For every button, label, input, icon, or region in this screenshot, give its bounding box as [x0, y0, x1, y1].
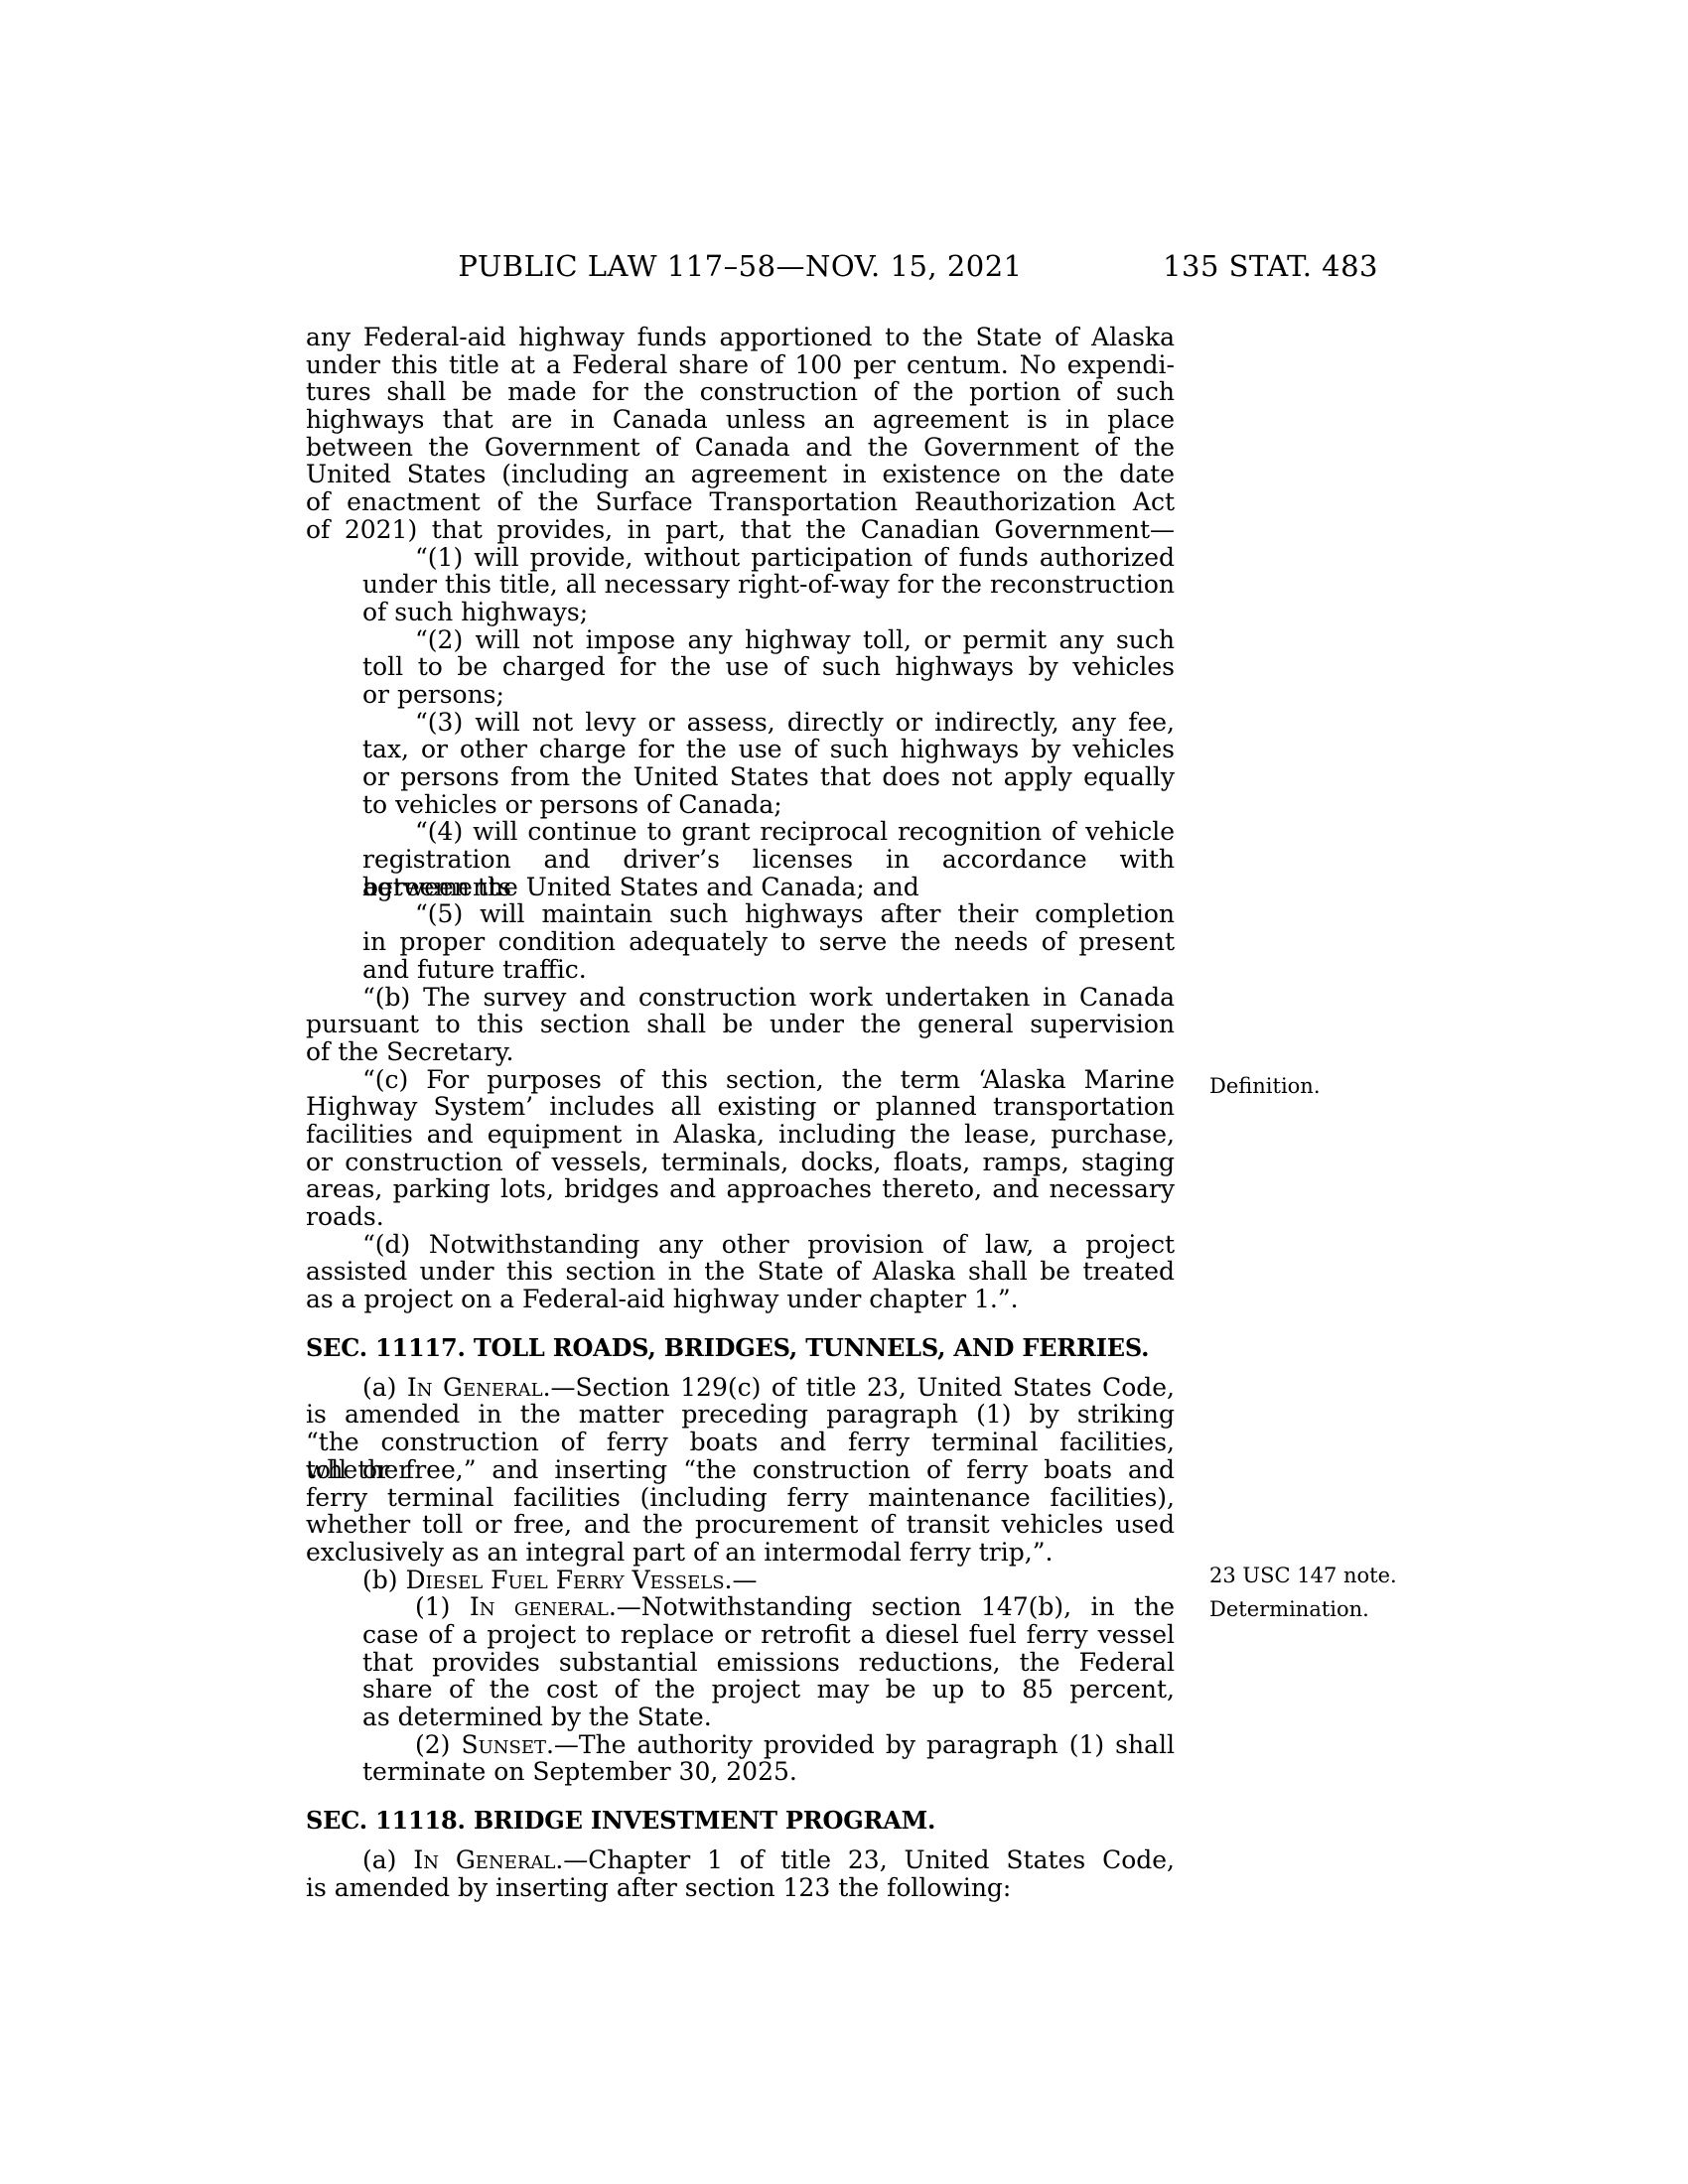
- text-line: as determined by the State.: [306, 1704, 1175, 1731]
- text-run: between the Government of Canada and the…: [306, 433, 1175, 462]
- text-run: highways that are in Canada unless an ag…: [306, 405, 1175, 434]
- text-line: (b) Diesel Fuel Ferry Vessels.—: [306, 1567, 1175, 1594]
- text-line: areas, parking lots, bridges and approac…: [306, 1175, 1175, 1203]
- text-run: “(d) Notwithstanding any other provision…: [362, 1230, 1175, 1259]
- text-line: terminate on September 30, 2025.: [306, 1758, 1175, 1786]
- text-line: between the United States and Canada; an…: [306, 874, 1175, 901]
- text-line: or persons from the United States that d…: [306, 763, 1175, 791]
- text-run: and future traffic.: [362, 955, 587, 984]
- text-run: under this title at a Federal share of 1…: [306, 350, 1175, 379]
- text-run: share of the cost of the project may be …: [362, 1675, 1175, 1704]
- text-line: under this title, all necessary right-of…: [306, 571, 1175, 599]
- small-caps-run: Sunset: [461, 1730, 546, 1759]
- text-line: exclusively as an integral part of an in…: [306, 1539, 1175, 1567]
- text-line: “(1) will provide, without participation…: [306, 544, 1175, 572]
- text-run: .—: [725, 1566, 758, 1594]
- text-run: assisted under this section in the State…: [306, 1257, 1175, 1286]
- text-run: toll to be charged for the use of such h…: [362, 652, 1175, 681]
- text-line: between the Government of Canada and the…: [306, 434, 1175, 462]
- section-heading: SEC. 11118. BRIDGE INVESTMENT PROGRAM.: [306, 1807, 1175, 1835]
- text-run: terminate on September 30, 2025.: [362, 1757, 797, 1786]
- text-line: any Federal-aid highway funds apportione…: [306, 324, 1175, 351]
- stat-page-number: 135 STAT. 483: [1080, 249, 1378, 283]
- text-line: case of a project to replace or retrofit…: [306, 1621, 1175, 1649]
- text-run: .—Chapter 1 of title 23, United States C…: [555, 1845, 1175, 1874]
- text-line: is amended in the matter preceding parag…: [306, 1401, 1175, 1429]
- text-line: “the construction of ferry boats and fer…: [306, 1429, 1175, 1456]
- text-line: is amended by inserting after section 12…: [306, 1874, 1175, 1902]
- small-caps-run: In General: [413, 1845, 555, 1874]
- text-run: (2): [415, 1730, 461, 1759]
- text-line: facilities and equipment in Alaska, incl…: [306, 1121, 1175, 1149]
- text-line: of 2021) that provides, in part, that th…: [306, 516, 1175, 544]
- text-run: (a): [362, 1373, 407, 1402]
- text-line: or construction of vessels, terminals, d…: [306, 1149, 1175, 1176]
- text-line: toll to be charged for the use of such h…: [306, 653, 1175, 681]
- text-run: case of a project to replace or retrofit…: [362, 1620, 1175, 1649]
- text-run: areas, parking lots, bridges and approac…: [306, 1174, 1175, 1203]
- text-run: “(2) will not impose any highway toll, o…: [415, 625, 1175, 654]
- text-line: (a) In General.—Section 129(c) of title …: [306, 1374, 1175, 1402]
- text-run: of 2021) that provides, in part, that th…: [306, 515, 1175, 544]
- text-run: United States (including an agreement in…: [306, 460, 1175, 488]
- text-line: that provides substantial emissions redu…: [306, 1649, 1175, 1677]
- law-title: PUBLIC LAW 117–58—NOV. 15, 2021: [458, 249, 1022, 283]
- text-run: “(4) will continue to grant reciprocal r…: [415, 817, 1175, 846]
- text-run: .—The authority provided by paragraph (1…: [546, 1730, 1175, 1759]
- margin-note-usc-147: 23 USC 147 note.: [1209, 1563, 1438, 1588]
- text-line: of such highways;: [306, 599, 1175, 626]
- text-line: “(d) Notwithstanding any other provision…: [306, 1231, 1175, 1259]
- text-line: “(b) The survey and construction work un…: [306, 984, 1175, 1012]
- text-run: pursuant to this section shall be under …: [306, 1010, 1175, 1038]
- text-run: “(c) For purposes of this section, the t…: [362, 1065, 1175, 1094]
- text-line: “(4) will continue to grant reciprocal r…: [306, 818, 1175, 846]
- text-run: as a project on a Federal-aid highway un…: [306, 1285, 1019, 1313]
- text-line: whether toll or free, and the procuremen…: [306, 1511, 1175, 1539]
- text-line: pursuant to this section shall be under …: [306, 1011, 1175, 1038]
- text-run: tures shall be made for the construction…: [306, 377, 1175, 406]
- text-line: as a project on a Federal-aid highway un…: [306, 1286, 1175, 1313]
- text-run: “(3) will not levy or assess, directly o…: [415, 708, 1175, 737]
- text-run: is amended in the matter preceding parag…: [306, 1400, 1175, 1429]
- text-line: toll or free,” and inserting “the constr…: [306, 1456, 1175, 1484]
- text-run: roads.: [306, 1202, 384, 1231]
- text-run: exclusively as an integral part of an in…: [306, 1538, 1053, 1567]
- text-line: tures shall be made for the construction…: [306, 378, 1175, 406]
- text-run: of such highways;: [362, 598, 588, 626]
- text-line: United States (including an agreement in…: [306, 461, 1175, 488]
- text-run: as determined by the State.: [362, 1703, 712, 1731]
- text-run: under this title, all necessary right-of…: [362, 570, 1175, 599]
- text-line: (a) In General.—Chapter 1 of title 23, U…: [306, 1846, 1175, 1874]
- text-line: share of the cost of the project may be …: [306, 1676, 1175, 1704]
- document-page: PUBLIC LAW 117–58—NOV. 15, 2021 135 STAT…: [0, 0, 1688, 2184]
- text-line: Highway System’ includes all existing or…: [306, 1093, 1175, 1121]
- text-run: (a): [362, 1845, 413, 1874]
- text-run: in proper condition adequately to serve …: [362, 927, 1175, 956]
- text-run: facilities and equipment in Alaska, incl…: [306, 1120, 1175, 1149]
- text-line: (1) In general.—Notwithstanding section …: [306, 1593, 1175, 1621]
- text-line: registration and driver’s licenses in ac…: [306, 846, 1175, 874]
- small-caps-run: Diesel Fuel Ferry Vessels: [405, 1566, 724, 1594]
- text-line: of the Secretary.: [306, 1038, 1175, 1066]
- text-run: tax, or other charge for the use of such…: [362, 735, 1175, 763]
- text-run: (1): [415, 1592, 470, 1621]
- text-line: “(c) For purposes of this section, the t…: [306, 1066, 1175, 1094]
- text-run: to vehicles or persons of Canada;: [362, 790, 782, 819]
- statute-text: any Federal-aid highway funds apportione…: [306, 324, 1175, 1901]
- text-run: of the Secretary.: [306, 1037, 513, 1066]
- text-line: to vehicles or persons of Canada;: [306, 791, 1175, 819]
- text-run: of enactment of the Surface Transportati…: [306, 487, 1175, 516]
- text-line: assisted under this section in the State…: [306, 1258, 1175, 1286]
- text-line: and future traffic.: [306, 956, 1175, 984]
- text-run: ferry terminal facilities (including fer…: [306, 1483, 1175, 1512]
- margin-note-determination: Determination.: [1209, 1596, 1438, 1622]
- text-run: between the United States and Canada; an…: [362, 873, 919, 901]
- text-run: .—Section 129(c) of title 23, United Sta…: [543, 1373, 1175, 1402]
- text-run: “(b) The survey and construction work un…: [362, 983, 1175, 1012]
- text-run: that provides substantial emissions redu…: [362, 1648, 1175, 1677]
- text-run: .—Notwithstanding section 147(b), in the: [609, 1592, 1175, 1621]
- text-line: “(2) will not impose any highway toll, o…: [306, 626, 1175, 654]
- text-run: whether toll or free, and the procuremen…: [306, 1510, 1175, 1539]
- text-line: in proper condition adequately to serve …: [306, 928, 1175, 956]
- text-line: roads.: [306, 1203, 1175, 1231]
- small-caps-run: In General: [407, 1373, 543, 1402]
- text-run: or persons from the United States that d…: [362, 762, 1175, 791]
- text-run: “(5) will maintain such highways after t…: [415, 899, 1175, 928]
- text-run: (b): [362, 1566, 405, 1594]
- text-line: (2) Sunset.—The authority provided by pa…: [306, 1731, 1175, 1759]
- section-heading: SEC. 11117. TOLL ROADS, BRIDGES, TUNNELS…: [306, 1334, 1175, 1362]
- text-run: “(1) will provide, without participation…: [415, 543, 1175, 572]
- text-line: tax, or other charge for the use of such…: [306, 736, 1175, 763]
- text-run: is amended by inserting after section 12…: [306, 1873, 1011, 1902]
- text-line: ferry terminal facilities (including fer…: [306, 1484, 1175, 1512]
- page-header: PUBLIC LAW 117–58—NOV. 15, 2021: [306, 249, 1175, 283]
- text-line: “(3) will not levy or assess, directly o…: [306, 709, 1175, 737]
- text-run: Highway System’ includes all existing or…: [306, 1092, 1175, 1121]
- text-run: or persons;: [362, 680, 504, 709]
- small-caps-run: In general: [470, 1592, 609, 1621]
- text-run: any Federal-aid highway funds apportione…: [306, 323, 1175, 351]
- text-line: “(5) will maintain such highways after t…: [306, 900, 1175, 928]
- text-run: or construction of vessels, terminals, d…: [306, 1148, 1175, 1176]
- text-run: toll or free,” and inserting “the constr…: [306, 1455, 1175, 1484]
- text-line: highways that are in Canada unless an ag…: [306, 406, 1175, 434]
- text-line: or persons;: [306, 681, 1175, 709]
- margin-note-definition: Definition.: [1209, 1073, 1438, 1099]
- text-line: of enactment of the Surface Transportati…: [306, 488, 1175, 516]
- text-line: under this title at a Federal share of 1…: [306, 351, 1175, 379]
